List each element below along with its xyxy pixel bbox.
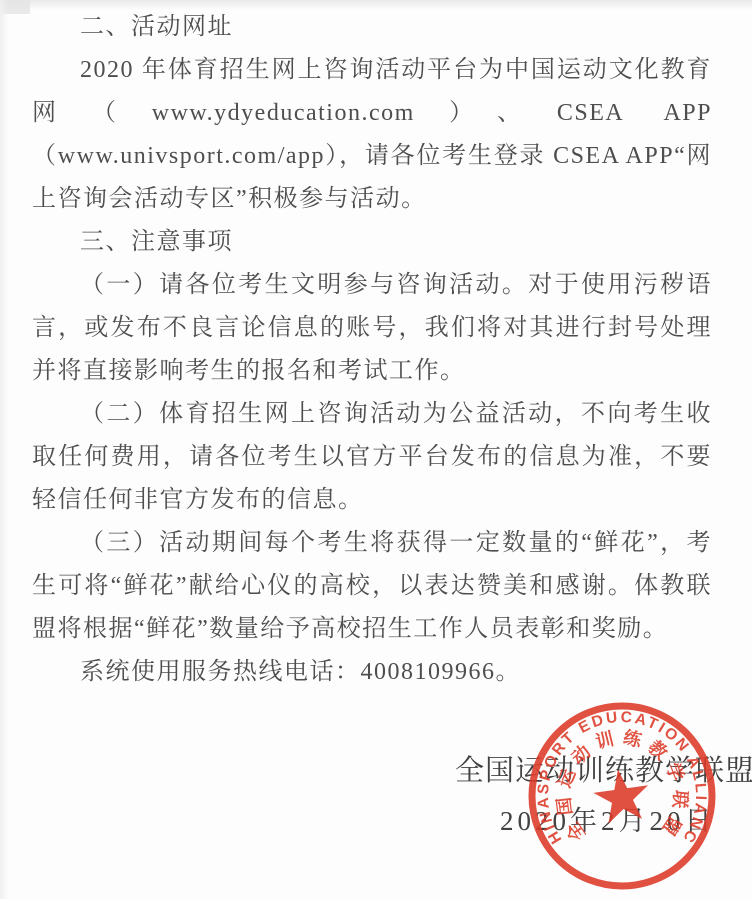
document-paragraph: 系统使用服务热线电话：4008109966。	[32, 651, 712, 694]
document-body: 二、活动网址2020 年体育招生网上咨询活动平台为中国运动文化教育网（www.y…	[32, 6, 712, 694]
scan-artifact-corner	[0, 0, 30, 14]
official-seal: CHINASPORT EDUCATION ALLIANCE 全国运动训练教学联盟	[522, 696, 722, 896]
seal-star-icon	[591, 765, 653, 825]
document-paragraph: （三）活动期间每个考生将获得一定数量的“鲜花”，考生可将“鲜花”献给心仪的高校，…	[32, 522, 712, 651]
document-paragraph: 三、注意事项	[32, 221, 712, 264]
scan-artifact-left-edge	[0, 0, 8, 899]
document-paragraph: （二）体育招生网上咨询活动为公益活动，不向考生收取任何费用，请各位考生以官方平台…	[32, 393, 712, 522]
document-paragraph: 2020 年体育招生网上咨询活动平台为中国运动文化教育网（www.ydyeduc…	[32, 49, 712, 221]
document-paragraph: （一）请各位考生文明参与咨询活动。对于使用污秽语言，或发布不良言论信息的账号，我…	[32, 264, 712, 393]
document-paragraph: 二、活动网址	[32, 6, 712, 49]
